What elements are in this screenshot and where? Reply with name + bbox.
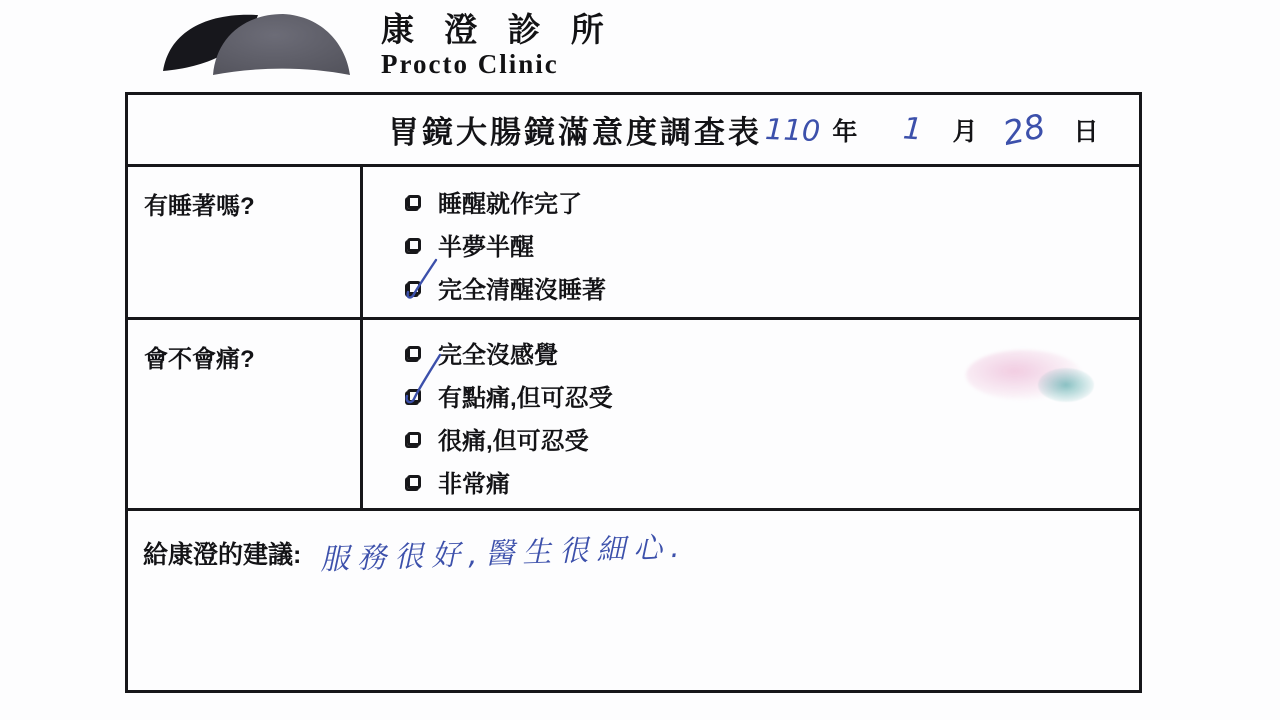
option-extremely-painful: 非常痛 — [363, 460, 1139, 503]
option-woke-up-done: 睡醒就作完了 — [363, 180, 1139, 223]
option-label: 睡醒就作完了 — [438, 184, 582, 219]
clinic-name-zh: 康 澄 診 所 — [381, 13, 615, 51]
question-row-pain: 會不會痛? 完全沒感覺 有點痛,但可忍受 — [128, 320, 1139, 511]
faded-stamp-smudge-teal — [1038, 368, 1094, 402]
pen-checkmark-icon — [403, 352, 445, 410]
checkbox-extremely-painful[interactable] — [407, 475, 421, 489]
option-label: 完全清醒沒睡著 — [438, 270, 606, 305]
day-label: 日 — [1073, 112, 1098, 148]
option-label: 非常痛 — [438, 464, 510, 499]
handwritten-year-value: 110 — [764, 112, 821, 148]
clinic-name-en: Procto Clinic — [381, 49, 615, 80]
year-label: 年 — [832, 112, 857, 148]
form-title: 胃鏡大腸鏡滿意度調查表 — [388, 107, 762, 152]
checkbox-fully-awake[interactable] — [407, 281, 421, 295]
checkbox-slight-pain[interactable] — [407, 389, 421, 403]
month-label: 月 — [952, 112, 977, 148]
option-label: 完全沒感覺 — [438, 335, 558, 370]
option-label: 半夢半醒 — [438, 227, 534, 262]
question-row-sleep: 有睡著嗎? 睡醒就作完了 半夢半醒 — [128, 167, 1139, 320]
option-fully-awake: 完全清醒沒睡著 — [363, 266, 1139, 309]
suggestion-handwriting: 服務很好,醫生很細心. — [319, 525, 688, 579]
title-row: 胃鏡大腸鏡滿意度調查表 110 年 1 月 28 日 — [128, 95, 1139, 167]
handwritten-day-value: 28 — [1000, 106, 1049, 153]
handwritten-month-value: 1 — [902, 111, 923, 147]
clinic-logo-icon — [156, 5, 356, 83]
options-pain: 完全沒感覺 有點痛,但可忍受 很痛, — [363, 320, 1139, 508]
option-very-painful-bearable: 很痛,但可忍受 — [363, 417, 1139, 460]
checkbox-half-asleep[interactable] — [407, 238, 421, 252]
question-label-pain: 會不會痛? — [128, 320, 363, 508]
option-half-asleep: 半夢半醒 — [363, 223, 1139, 266]
clinic-name-block: 康 澄 診 所 Procto Clinic — [381, 13, 615, 80]
suggestion-label: 給康澄的建議: — [143, 535, 301, 571]
scanned-survey-page: 康 澄 診 所 Procto Clinic 胃鏡大腸鏡滿意度調查表 110 年 … — [0, 0, 1280, 720]
option-label: 很痛,但可忍受 — [438, 421, 589, 456]
suggestion-row: 給康澄的建議: 服務很好,醫生很細心. — [128, 511, 1139, 690]
checkbox-very-painful-bearable[interactable] — [407, 432, 421, 446]
options-sleep: 睡醒就作完了 半夢半醒 完全清醒沒睡 — [363, 167, 1139, 317]
question-label-sleep: 有睡著嗎? — [128, 167, 363, 317]
pen-checkmark-icon — [403, 257, 441, 303]
checkbox-woke-up-done[interactable] — [407, 195, 421, 209]
option-label: 有點痛,但可忍受 — [438, 378, 613, 413]
